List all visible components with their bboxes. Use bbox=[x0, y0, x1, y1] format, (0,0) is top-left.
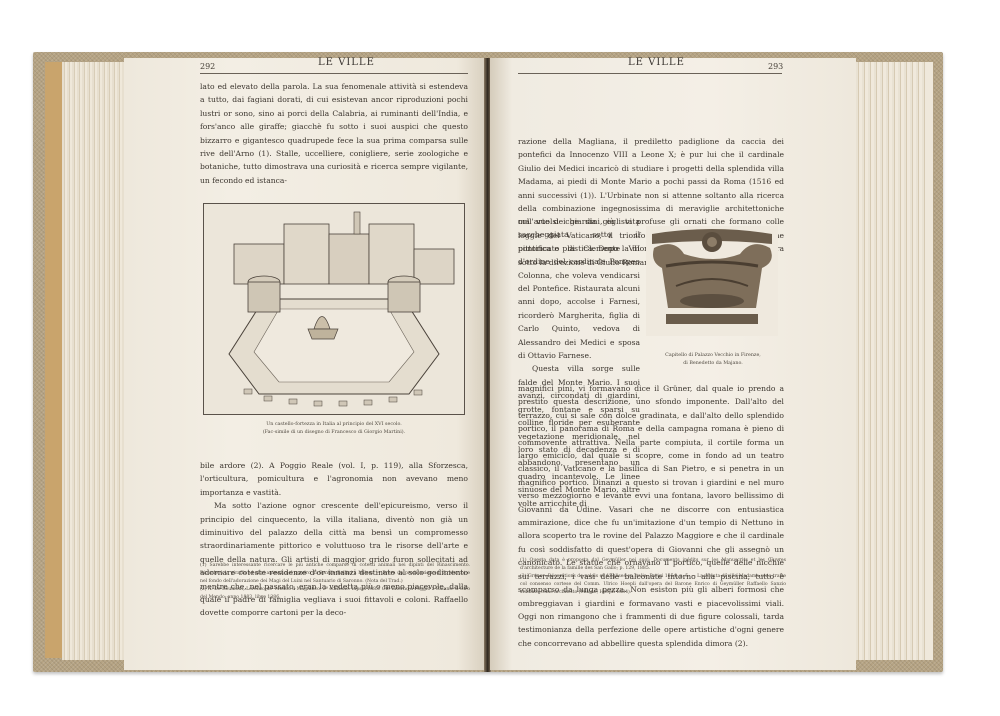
castle-figure-caption: Un castello-fortezza in Italia al princi… bbox=[200, 421, 468, 437]
right-footnotes: (1) Questa data è proposta dal Geymüller… bbox=[520, 557, 786, 597]
left-running-head: LE VILLE bbox=[318, 57, 375, 68]
castle-fortress-illustration bbox=[203, 203, 465, 415]
left-header-rule bbox=[200, 73, 468, 74]
right-page-block-edges bbox=[850, 62, 930, 660]
right-page-number: 293 bbox=[768, 62, 783, 71]
column-capital-illustration bbox=[646, 226, 778, 336]
castle-engraving-image bbox=[204, 204, 464, 414]
capital-figure-caption: Capitello di Palazzo Vecchio in Firenze,… bbox=[640, 352, 786, 368]
left-top-text: lato ed elevato della parola. La sua fen… bbox=[200, 80, 468, 187]
footnote-2: (2) A. De Reumont, Lorenzo de' Medici il… bbox=[200, 586, 470, 602]
right-header-rule bbox=[518, 73, 782, 74]
left-footnotes: (1) Sarebbe interessante ricercare le pi… bbox=[200, 562, 470, 602]
left-page-number: 292 bbox=[200, 62, 215, 71]
capital-photo-image bbox=[646, 226, 778, 336]
left-page-block-edges bbox=[62, 62, 132, 660]
footnote-1: (1) Sarebbe interessante ricercare le pi… bbox=[200, 562, 470, 586]
right-body-text: magnifici pini, vi formavano dice il Grü… bbox=[518, 382, 784, 650]
footnote-1: (1) Questa data è proposta dal Geymüller… bbox=[520, 557, 786, 573]
right-running-head: LE VILLE bbox=[628, 57, 685, 68]
footnote-2: (2) Gruner: Décorations de palais et d'é… bbox=[520, 573, 786, 597]
right-endpaper bbox=[925, 62, 933, 660]
